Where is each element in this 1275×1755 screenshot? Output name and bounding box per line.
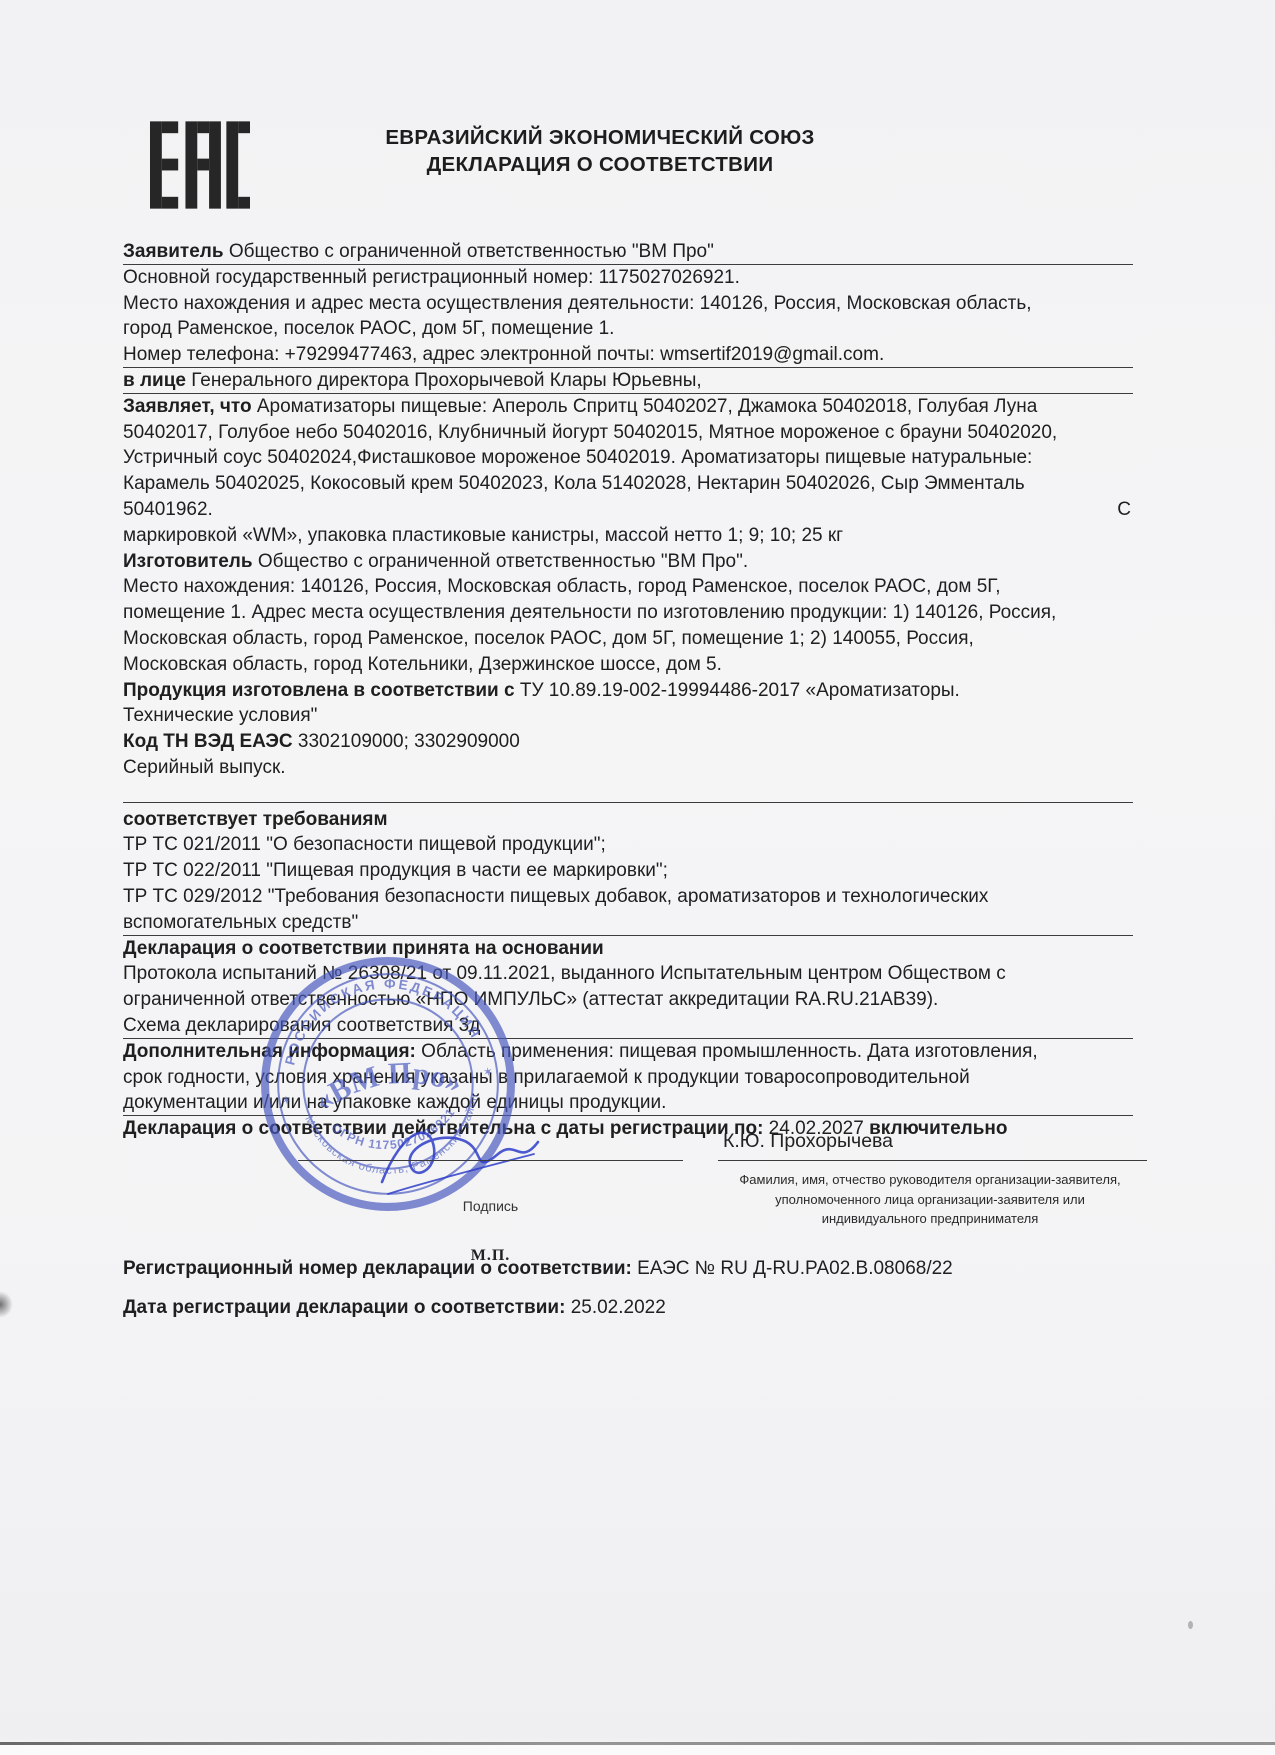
text-line: Место нахождения: 140126, Россия, Москов…: [123, 576, 1131, 602]
text-segment: Номер телефона: +79299477463, адрес элек…: [123, 344, 884, 365]
text-line: помещение 1. Адрес места осуществления д…: [123, 602, 1131, 628]
text-line: Изготовитель Общество с ограниченной отв…: [123, 551, 1131, 577]
bold-text-segment: Продукция изготовлена в соответствии с: [123, 680, 515, 701]
text-line: Московская область, город Раменское, пос…: [123, 628, 1131, 654]
text-segment: вспомогательных средств": [123, 912, 358, 933]
text-line: город Раменское, поселок РАОС, дом 5Г, п…: [123, 318, 1131, 344]
text-line: Московская область, город Котельники, Дз…: [123, 654, 1131, 680]
scanner-background: [0, 1745, 1275, 1755]
bold-text-segment: Заявитель: [123, 241, 224, 262]
text-line: Заявитель Общество с ограниченной ответс…: [123, 241, 1131, 267]
text-line: 50402017, Голубое небо 50402016, Клубнич…: [123, 422, 1131, 448]
stamp-star-right: ✶: [482, 1064, 494, 1079]
text-line: в лице Генерального директора Прохорычев…: [123, 370, 1131, 396]
registration-number-row: Регистрационный номер декларации о соотв…: [123, 1258, 1133, 1280]
title-line-union: ЕВРАЗИЙСКИЙ ЭКОНОМИЧЕСКИЙ СОЮЗ: [250, 124, 950, 151]
registration-date-value: 25.02.2022: [565, 1297, 665, 1318]
registration-date-row: Дата регистрации декларации о соответств…: [123, 1297, 1133, 1319]
bold-text-segment: Заявляет, что: [123, 396, 252, 417]
bold-text-segment: в лице: [123, 370, 186, 391]
text-line: ТР ТС 021/2011 "О безопасности пищевой п…: [123, 834, 1131, 860]
signature-label: Подпись: [298, 1198, 683, 1214]
signer-caption: Фамилия, имя, отчество руководителя орга…: [713, 1170, 1147, 1229]
bold-text-segment: соответствует требованиям: [123, 809, 388, 830]
text-line: ТР ТС 029/2012 "Требования безопасности …: [123, 886, 1131, 912]
text-segment: 3302109000; 3302909000: [293, 731, 520, 752]
text-line: ТР ТС 022/2011 "Пищевая продукция в част…: [123, 860, 1131, 886]
text-segment: ТР ТС 022/2011 "Пищевая продукция в част…: [123, 860, 668, 881]
text-segment: срок годности, условия хранения указаны …: [123, 1067, 970, 1088]
text-segment: Серийный выпуск.: [123, 757, 286, 778]
text-segment: Карамель 50402025, Кокосовый крем 504020…: [123, 473, 1025, 494]
text-segment: Место нахождения: 140126, Россия, Москов…: [123, 576, 1001, 597]
line-right-text: С: [1117, 499, 1131, 521]
caption-line-1: Фамилия, имя, отчество руководителя орга…: [713, 1170, 1147, 1190]
registration-number-label: Регистрационный номер декларации о соотв…: [123, 1258, 632, 1279]
text-line: Место нахождения и адрес места осуществл…: [123, 293, 1131, 319]
scanned-declaration-page: ЕВРАЗИЙСКИЙ ЭКОНОМИЧЕСКИЙ СОЮЗ ДЕКЛАРАЦИ…: [0, 0, 1275, 1755]
eac-logo: [150, 116, 250, 214]
text-segment: ТУ 10.89.19-002-19994486-2017 «Ароматиза…: [515, 680, 960, 701]
text-line: Технические условия": [123, 705, 1131, 731]
text-segment: Генерального директора Прохорычевой Клар…: [186, 370, 702, 391]
bold-text-segment: Код ТН ВЭД ЕАЭС: [123, 731, 293, 752]
text-line: Продукция изготовлена в соответствии с Т…: [123, 680, 1131, 706]
stamp-star-left: ✶: [281, 1093, 293, 1108]
text-segment: Общество с ограниченной ответственностью…: [224, 241, 714, 262]
name-line: [718, 1160, 1147, 1161]
text-segment: маркировкой «WM», упаковка пластиковые к…: [123, 525, 843, 546]
caption-line-2: уполномоченного лица организации-заявите…: [713, 1190, 1147, 1210]
text-segment: 50402017, Голубое небо 50402016, Клубнич…: [123, 422, 1057, 443]
scan-speck: [1188, 1621, 1193, 1629]
text-segment: Московская область, город Котельники, Дз…: [123, 654, 722, 675]
text-segment: помещение 1. Адрес места осуществления д…: [123, 602, 1056, 623]
registration-date-label: Дата регистрации декларации о соответств…: [123, 1297, 565, 1318]
text-line: Заявляет, что Ароматизаторы пищевые: Апе…: [123, 396, 1131, 422]
text-segment: Место нахождения и адрес места осуществл…: [123, 293, 1032, 314]
document-title: ЕВРАЗИЙСКИЙ ЭКОНОМИЧЕСКИЙ СОЮЗ ДЕКЛАРАЦИ…: [250, 124, 950, 178]
text-segment: Московская область, город Раменское, пос…: [123, 628, 974, 649]
text-line: Серийный выпуск.: [123, 757, 1131, 783]
text-segment: ТР ТС 021/2011 "О безопасности пищевой п…: [123, 834, 606, 855]
text-segment: Ароматизаторы пищевые: Апероль Спритц 50…: [252, 396, 1038, 417]
text-segment: Технические условия": [123, 705, 317, 726]
text-segment: город Раменское, поселок РАОС, дом 5Г, п…: [123, 318, 614, 339]
scan-smudge: [0, 1291, 13, 1318]
text-line: Карамель 50402025, Кокосовый крем 504020…: [123, 473, 1131, 499]
text-line: маркировкой «WM», упаковка пластиковые к…: [123, 525, 1131, 551]
text-segment: Устричный соус 50402024,Фисташковое моро…: [123, 447, 1032, 468]
text-segment: ТР ТС 029/2012 "Требования безопасности …: [123, 886, 988, 907]
text-line: С50401962.: [123, 499, 1131, 525]
text-segment: Основной государственный регистрационный…: [123, 267, 740, 288]
caption-line-3: индивидуального предпринимателя: [713, 1209, 1147, 1229]
registration-number-value: ЕАЭС № RU Д-RU.РА02.В.08068/22: [632, 1258, 953, 1279]
signature-line: [298, 1160, 683, 1161]
eac-mark-icon: [150, 116, 250, 214]
separator-line: [123, 783, 1131, 809]
text-line: вспомогательных средств": [123, 912, 1131, 938]
text-line: Код ТН ВЭД ЕАЭС 3302109000; 3302909000: [123, 731, 1131, 757]
text-line: Устричный соус 50402024,Фисташковое моро…: [123, 447, 1131, 473]
text-line: Номер телефона: +79299477463, адрес элек…: [123, 344, 1131, 370]
text-segment: ограниченной ответственностью «НПО ИМПУЛ…: [123, 989, 938, 1010]
text-segment: Общество с ограниченной ответственностью…: [253, 551, 749, 572]
text-segment: 50401962.: [123, 499, 213, 520]
bold-text-segment: Изготовитель: [123, 551, 253, 572]
title-line-declaration: ДЕКЛАРАЦИЯ О СООТВЕТСТВИИ: [250, 151, 950, 178]
signer-name: К.Ю. Прохорычева: [723, 1130, 893, 1153]
text-line: соответствует требованиям: [123, 809, 1131, 835]
text-line: Основной государственный регистрационный…: [123, 267, 1131, 293]
